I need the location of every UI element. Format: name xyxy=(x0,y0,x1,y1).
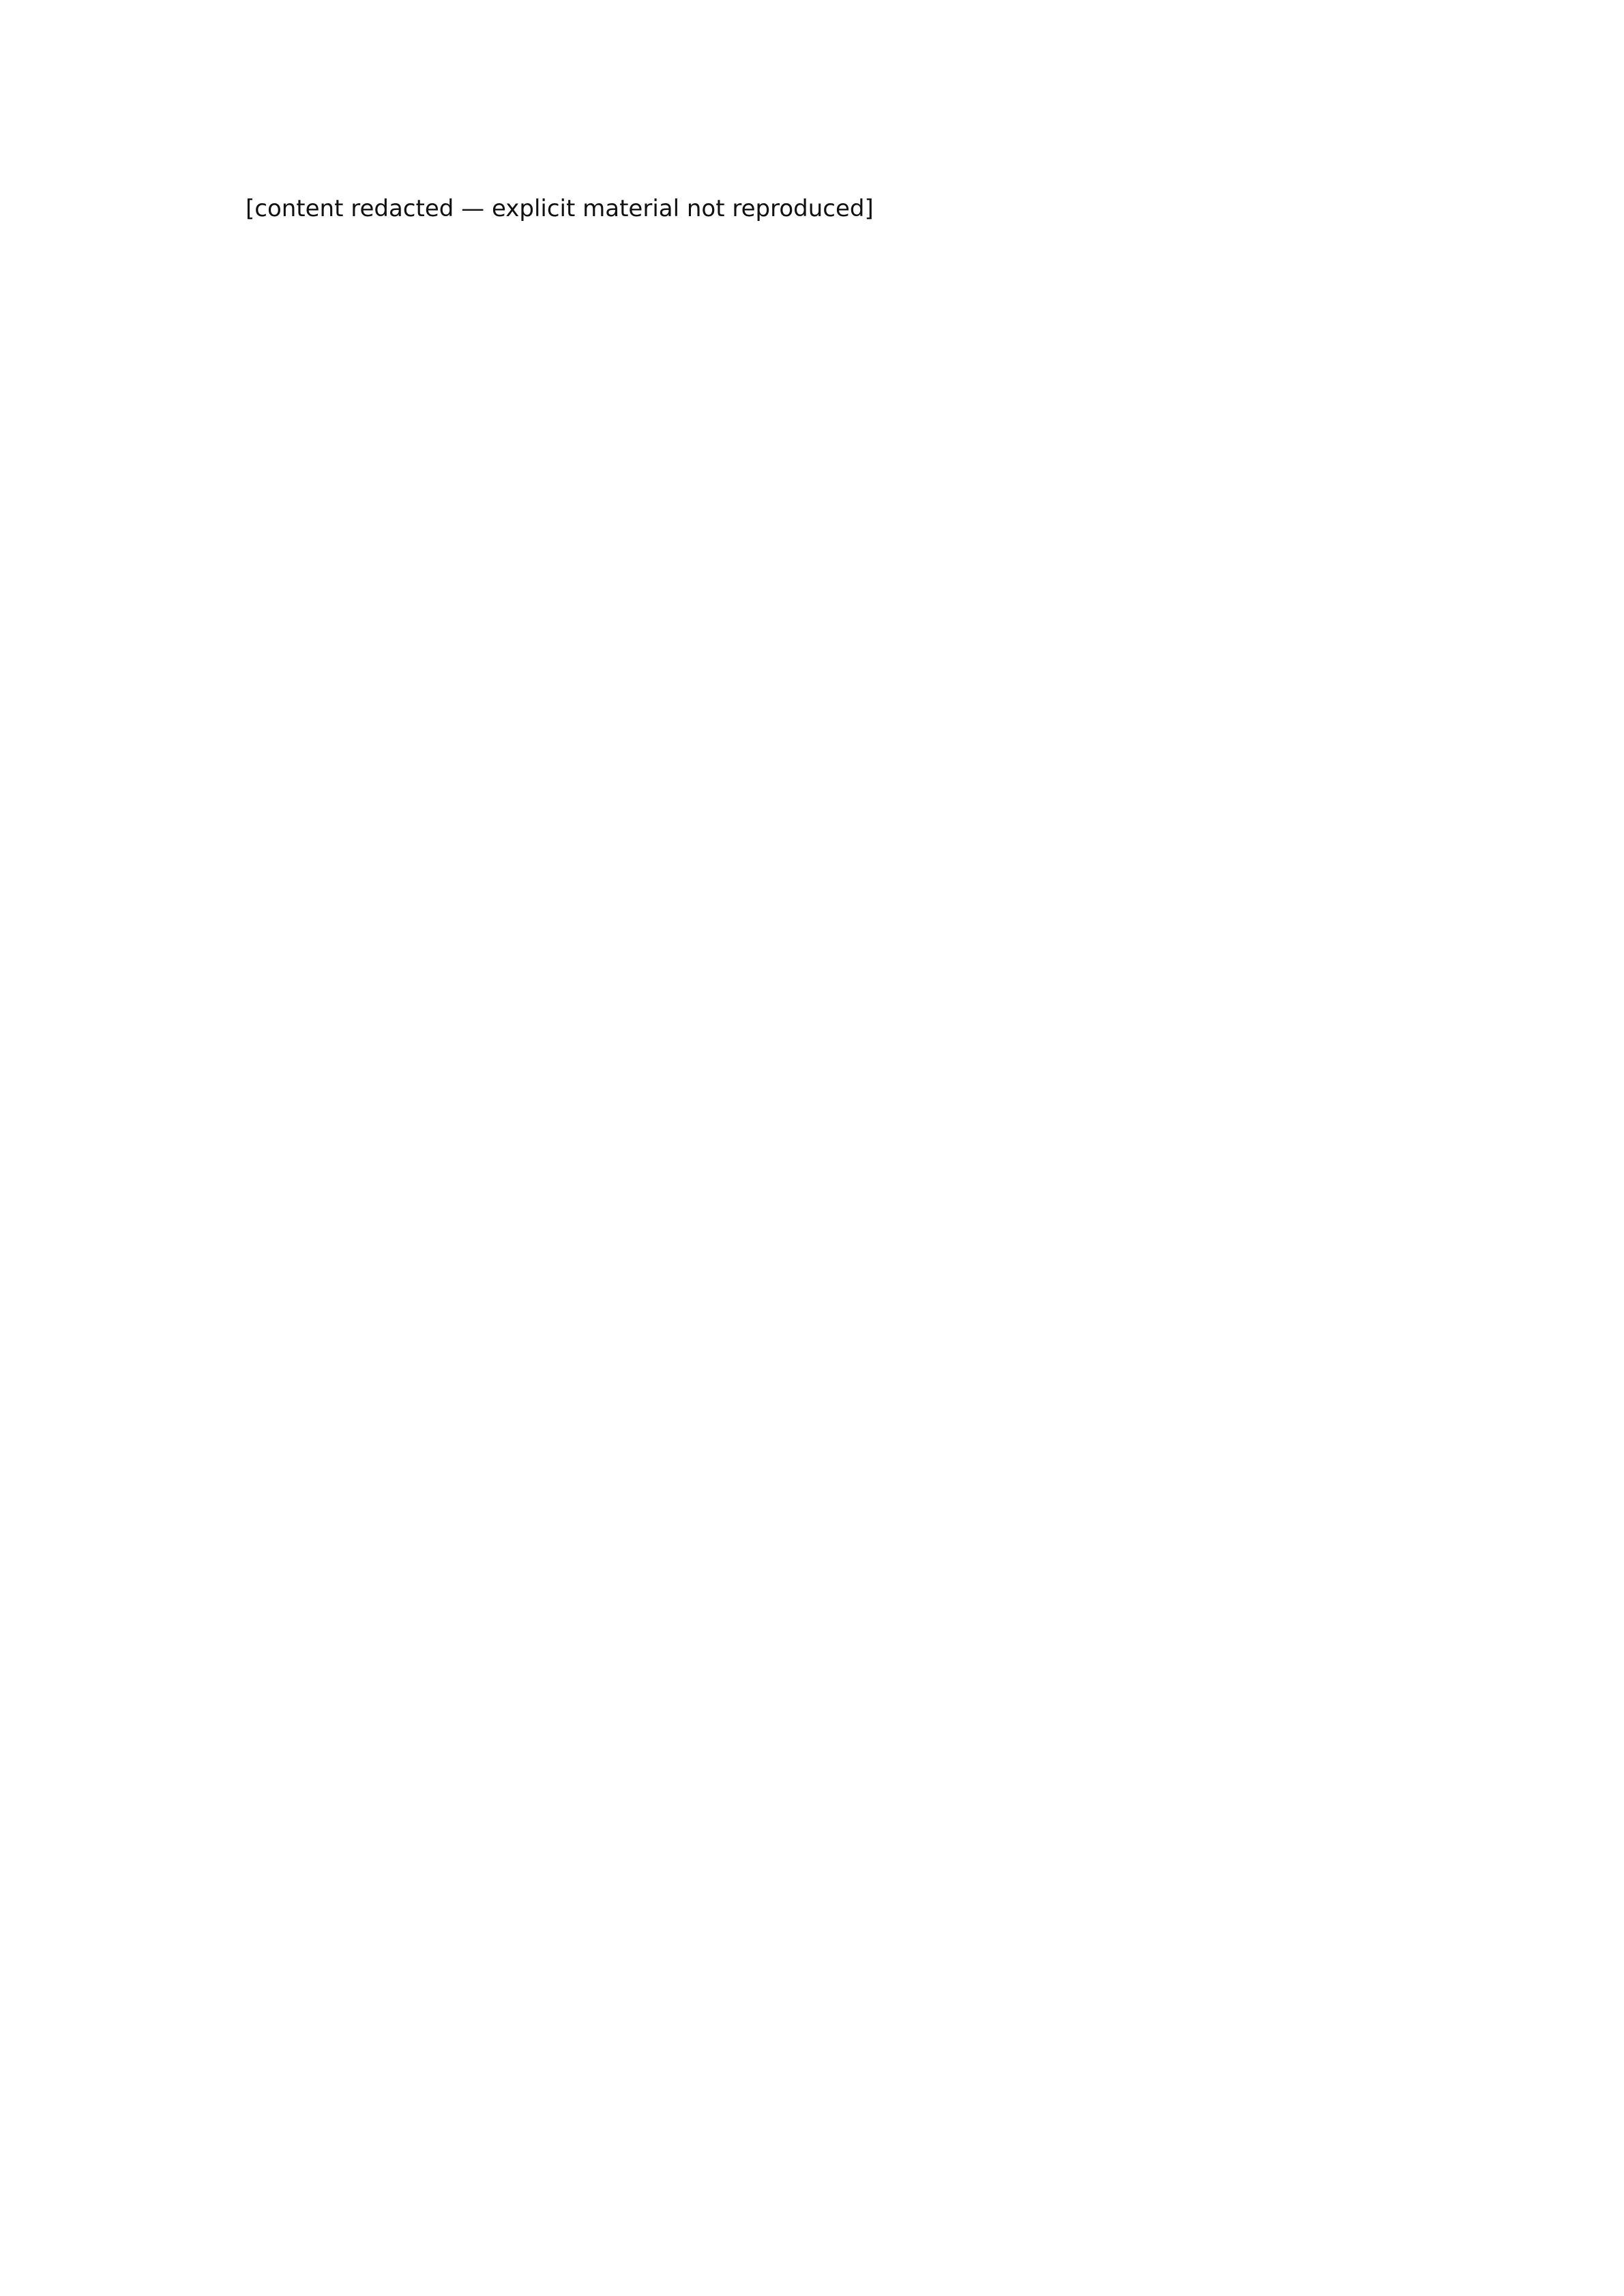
paragraph: [content redacted — explicit material no… xyxy=(246,191,1378,227)
text-column: [content redacted — explicit material no… xyxy=(0,0,1624,448)
document-page: [content redacted — explicit material no… xyxy=(0,0,1624,2296)
